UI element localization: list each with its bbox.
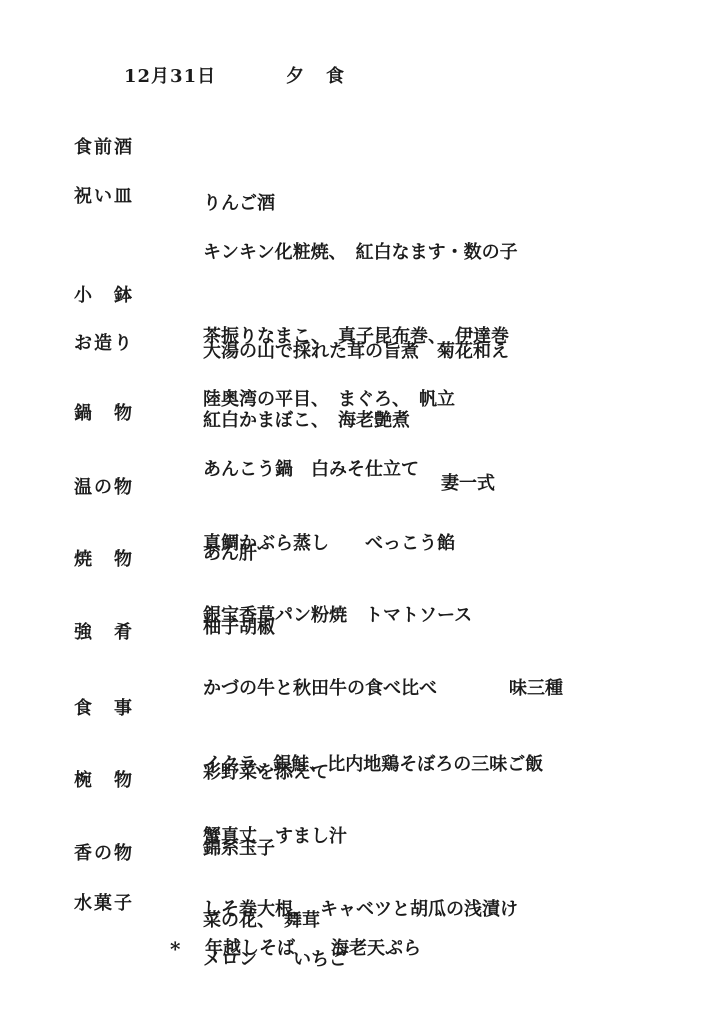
course-label: お造り <box>74 330 134 358</box>
menu-title: 夕 食 <box>286 63 346 91</box>
course-label: 鍋 物 <box>74 400 134 428</box>
course-label: 温の物 <box>74 474 134 502</box>
course-label: 強 肴 <box>74 619 134 647</box>
menu-date: 12月31日 <box>124 63 216 91</box>
asterisk-marker: * <box>170 935 180 963</box>
footer-dish: 年越しそば 海老天ぷら <box>205 935 421 963</box>
course-label: 食 事 <box>74 695 134 723</box>
course-label: 祝い皿 <box>74 183 134 211</box>
course-label: 焼 物 <box>74 546 134 574</box>
course-label: 食前酒 <box>74 134 134 162</box>
course-label: 水菓子 <box>74 890 134 918</box>
course-label: 小 鉢 <box>74 282 134 310</box>
menu-document: 12月31日 夕 食 食前酒 りんご酒 祝い皿 キンキン化粧焼、 紅白なます・数… <box>0 0 724 1024</box>
course-label: 香の物 <box>74 840 134 868</box>
course-label: 椀 物 <box>74 767 134 795</box>
menu-line: キンキン化粧焼、 紅白なます・数の子 <box>203 239 518 267</box>
